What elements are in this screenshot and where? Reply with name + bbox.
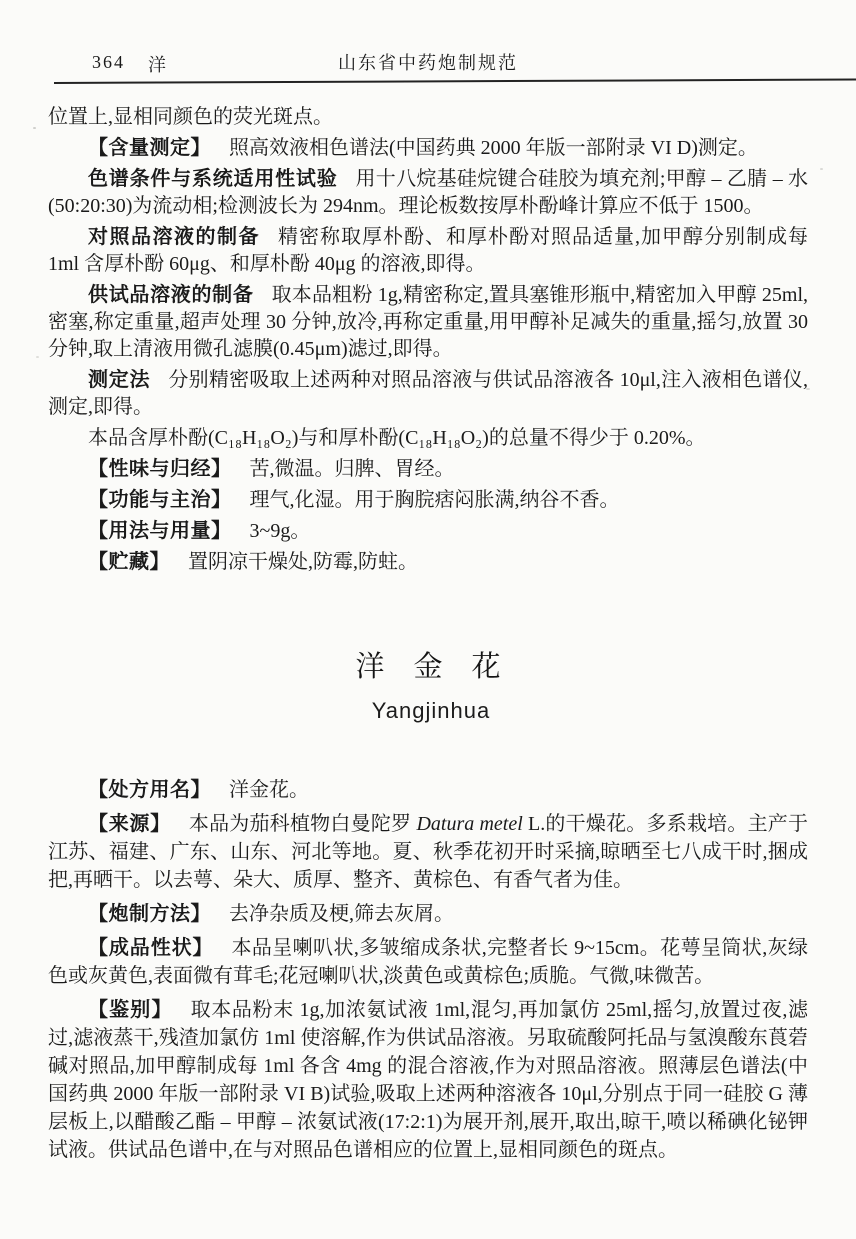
section-label: 【含量测定】 <box>88 137 211 159</box>
scan-speck <box>820 168 823 170</box>
paragraph: 【来源】本品为茄科植物白曼陀罗 Datura metel L.的干燥花。多系栽培… <box>48 810 808 894</box>
book-title: 山东省中药炮制规范 <box>0 49 856 75</box>
scan-speck <box>806 388 810 390</box>
paragraph-text: 位置上,显相同颜色的荧光斑点。 <box>48 106 333 128</box>
paragraph: 测定法分别精密吸取上述两种对照品溶液与供试品溶液各 10μl,注入液相色谱仪,测… <box>48 367 808 421</box>
paragraph: 【含量测定】照高效液相色谱法(中国药典 2000 年版一部附录 VI D)测定。 <box>48 135 808 162</box>
monograph-title-cn: 洋金花 <box>0 644 856 685</box>
section-label: 【处方用名】 <box>88 779 211 801</box>
paragraph-text: 照高效液相色谱法(中国药典 2000 年版一部附录 VI D)测定。 <box>229 137 758 159</box>
latin-binomial: Datura metel <box>416 813 522 835</box>
paragraph: 【鉴别】取本品粉末 1g,加浓氨试液 1ml,混匀,再加氯仿 25ml,摇匀,放… <box>48 996 808 1164</box>
section-label: 【炮制方法】 <box>88 903 211 925</box>
monograph-houpo-end: 位置上,显相同颜色的荧光斑点。 【含量测定】照高效液相色谱法(中国药典 2000… <box>48 104 808 576</box>
paragraph: 【功能与主治】理气,化湿。用于胸脘痞闷胀满,纳谷不香。 <box>48 487 808 514</box>
paragraph: 供试品溶液的制备取本品粗粉 1g,精密称定,置具塞锥形瓶中,精密加入甲醇 25m… <box>48 282 808 363</box>
method-sublabel: 供试品溶液的制备 <box>88 284 254 306</box>
monograph-yangjinhua-body: 【处方用名】洋金花。 【来源】本品为茄科植物白曼陀罗 Datura metel … <box>48 776 808 1164</box>
paragraph: 【炮制方法】去净杂质及梗,筛去灰屑。 <box>48 900 808 928</box>
monograph-title-block: 洋金花 Yangjinhua <box>0 644 856 724</box>
paragraph: 【用法与用量】3~9g。 <box>48 518 808 545</box>
paragraph: 本品含厚朴酚(C₁₈H₁₈O₂)与和厚朴酚(C₁₈H₁₈O₂)的总量不得少于 0… <box>48 425 808 452</box>
method-sublabel: 测定法 <box>88 369 150 391</box>
method-sublabel: 对照品溶液的制备 <box>88 226 260 248</box>
section-label: 【功能与主治】 <box>88 489 232 511</box>
paragraph: 色谱条件与系统适用性试验用十八烷基硅烷键合硅胶为填充剂;甲醇 – 乙腈 – 水(… <box>48 166 808 220</box>
paragraph-text: 3~9g。 <box>250 520 311 542</box>
paragraph-text: 分别精密吸取上述两种对照品溶液与供试品溶液各 10μl,注入液相色谱仪,测定,即… <box>48 369 808 418</box>
paragraph-text: 取本品粉末 1g,加浓氨试液 1ml,混匀,再加氯仿 25ml,摇匀,放置过夜,… <box>48 999 808 1161</box>
paragraph: 位置上,显相同颜色的荧光斑点。 <box>48 104 808 131</box>
paragraph-text: 苦,微温。归脾、胃经。 <box>250 458 455 480</box>
scan-speck <box>36 356 39 358</box>
section-label: 【来源】 <box>88 813 171 835</box>
method-sublabel: 色谱条件与系统适用性试验 <box>88 168 337 190</box>
scan-speck <box>33 127 36 129</box>
section-label: 【贮藏】 <box>88 551 170 573</box>
paragraph: 对照品溶液的制备精密称取厚朴酚、和厚朴酚对照品适量,加甲醇分别制成每 1ml 含… <box>48 224 808 278</box>
paragraph: 【处方用名】洋金花。 <box>48 776 808 804</box>
paragraph: 【成品性状】本品呈喇叭状,多皱缩成条状,完整者长 9~15cm。花萼呈筒状,灰绿… <box>48 934 808 990</box>
paragraph-text: 去净杂质及梗,筛去灰屑。 <box>229 903 454 925</box>
section-label: 【成品性状】 <box>88 937 213 959</box>
paragraph-text: 置阴凉干燥处,防霉,防蛀。 <box>188 551 418 573</box>
section-label: 【鉴别】 <box>88 999 173 1021</box>
section-label: 【性味与归经】 <box>88 458 232 480</box>
paragraph-text: 洋金花。 <box>229 779 309 801</box>
paragraph-text: 本品为茄科植物白曼陀罗 <box>189 813 417 835</box>
paragraph-text: 理气,化湿。用于胸脘痞闷胀满,纳谷不香。 <box>250 489 620 511</box>
paragraph: 【性味与归经】苦,微温。归脾、胃经。 <box>48 456 808 483</box>
scanned-page: 364 洋 山东省中药炮制规范 位置上,显相同颜色的荧光斑点。 【含量测定】照高… <box>0 0 856 1239</box>
assay-limit-text: 本品含厚朴酚(C₁₈H₁₈O₂)与和厚朴酚(C₁₈H₁₈O₂)的总量不得少于 0… <box>88 427 705 449</box>
paragraph: 【贮藏】置阴凉干燥处,防霉,防蛀。 <box>48 549 808 576</box>
header-rule <box>54 79 856 84</box>
section-label: 【用法与用量】 <box>88 520 232 542</box>
monograph-title-pinyin: Yangjinhua <box>0 698 856 724</box>
